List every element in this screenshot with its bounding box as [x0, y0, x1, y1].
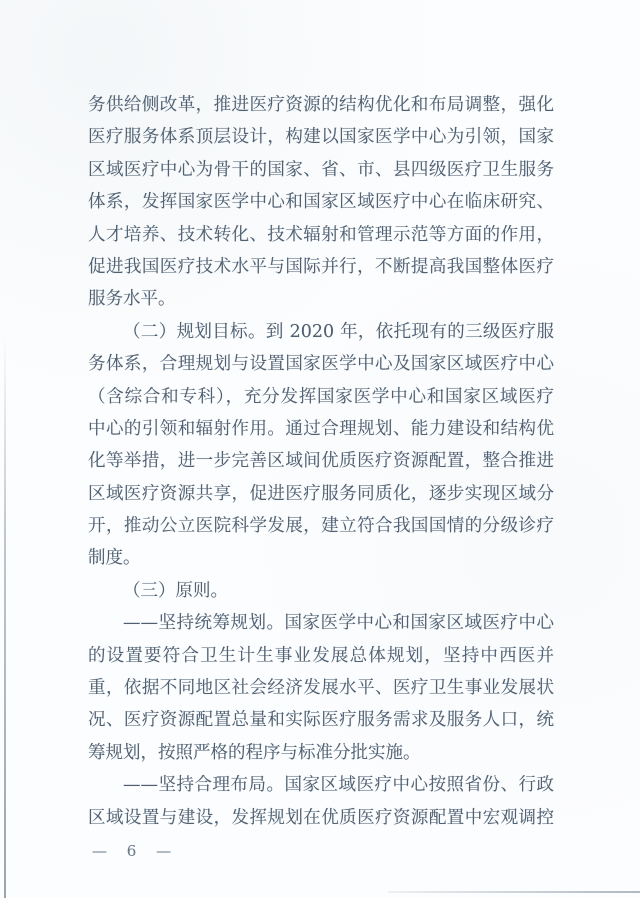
text-line: 化等举措，进一步完善区域间优质医疗资源配置，整合推进 — [88, 445, 554, 477]
page-number: — 6 — — [92, 842, 174, 860]
text-line: ——坚持合理布局。国家区域医疗中心按照省份、行政 — [88, 769, 554, 801]
text-line: 开，推动公立医院科学发展，建立符合我国国情的分级诊疗 — [88, 510, 554, 542]
text-line: 人才培养、技术转化、技术辐射和管理示范等方面的作用， — [88, 219, 554, 251]
text-line: 制度。 — [88, 542, 554, 574]
text-line: （含综合和专科），充分发挥国家医学中心和国家区域医疗 — [88, 381, 554, 413]
scanned-document-page: 务供给侧改革，推进医疗资源的结构优化和布局调整，强化医疗服务体系顶层设计，构建以… — [0, 0, 640, 898]
document-body: 务供给侧改革，推进医疗资源的结构优化和布局调整，强化医疗服务体系顶层设计，构建以… — [88, 89, 554, 834]
text-line: 重，依据不同地区社会经济发展水平、医疗卫生事业发展状 — [88, 672, 554, 704]
text-line: 服务水平。 — [88, 283, 554, 315]
text-line: （二）规划目标。到 2020 年，依托现有的三级医疗服 — [88, 316, 554, 348]
scan-edge-artifact-bottom — [388, 891, 640, 893]
text-line: 务供给侧改革，推进医疗资源的结构优化和布局调整，强化 — [88, 89, 554, 121]
text-line: 的设置要符合卫生计生事业发展总体规划，坚持中西医并 — [88, 640, 554, 672]
text-line: 体系，发挥国家医学中心和国家区域医疗中心在临床研究、 — [88, 186, 554, 218]
text-line: 况、医疗资源配置总量和实际医疗服务需求及服务人口，统 — [88, 704, 554, 736]
scan-edge-artifact-left — [4, 334, 6, 898]
text-line: 促进我国医疗技术水平与国际并行，不断提高我国整体医疗 — [88, 251, 554, 283]
text-line: 筹规划，按照严格的程序与标准分批实施。 — [88, 737, 554, 769]
text-line: 中心的引领和辐射作用。通过合理规划、能力建设和结构优 — [88, 413, 554, 445]
text-line: 区域医疗中心为骨干的国家、省、市、县四级医疗卫生服务 — [88, 154, 554, 186]
text-line: 务体系，合理规划与设置国家医学中心及国家区域医疗中心 — [88, 348, 554, 380]
text-line: （三）原则。 — [88, 575, 554, 607]
text-line: 医疗服务体系顶层设计，构建以国家医学中心为引领，国家 — [88, 121, 554, 153]
text-line: 区域医疗资源共享，促进医疗服务同质化，逐步实现区域分 — [88, 478, 554, 510]
text-line: ——坚持统筹规划。国家医学中心和国家区域医疗中心 — [88, 607, 554, 639]
text-line: 区域设置与建设，发挥规划在优质医疗资源配置中宏观调控 — [88, 802, 554, 834]
